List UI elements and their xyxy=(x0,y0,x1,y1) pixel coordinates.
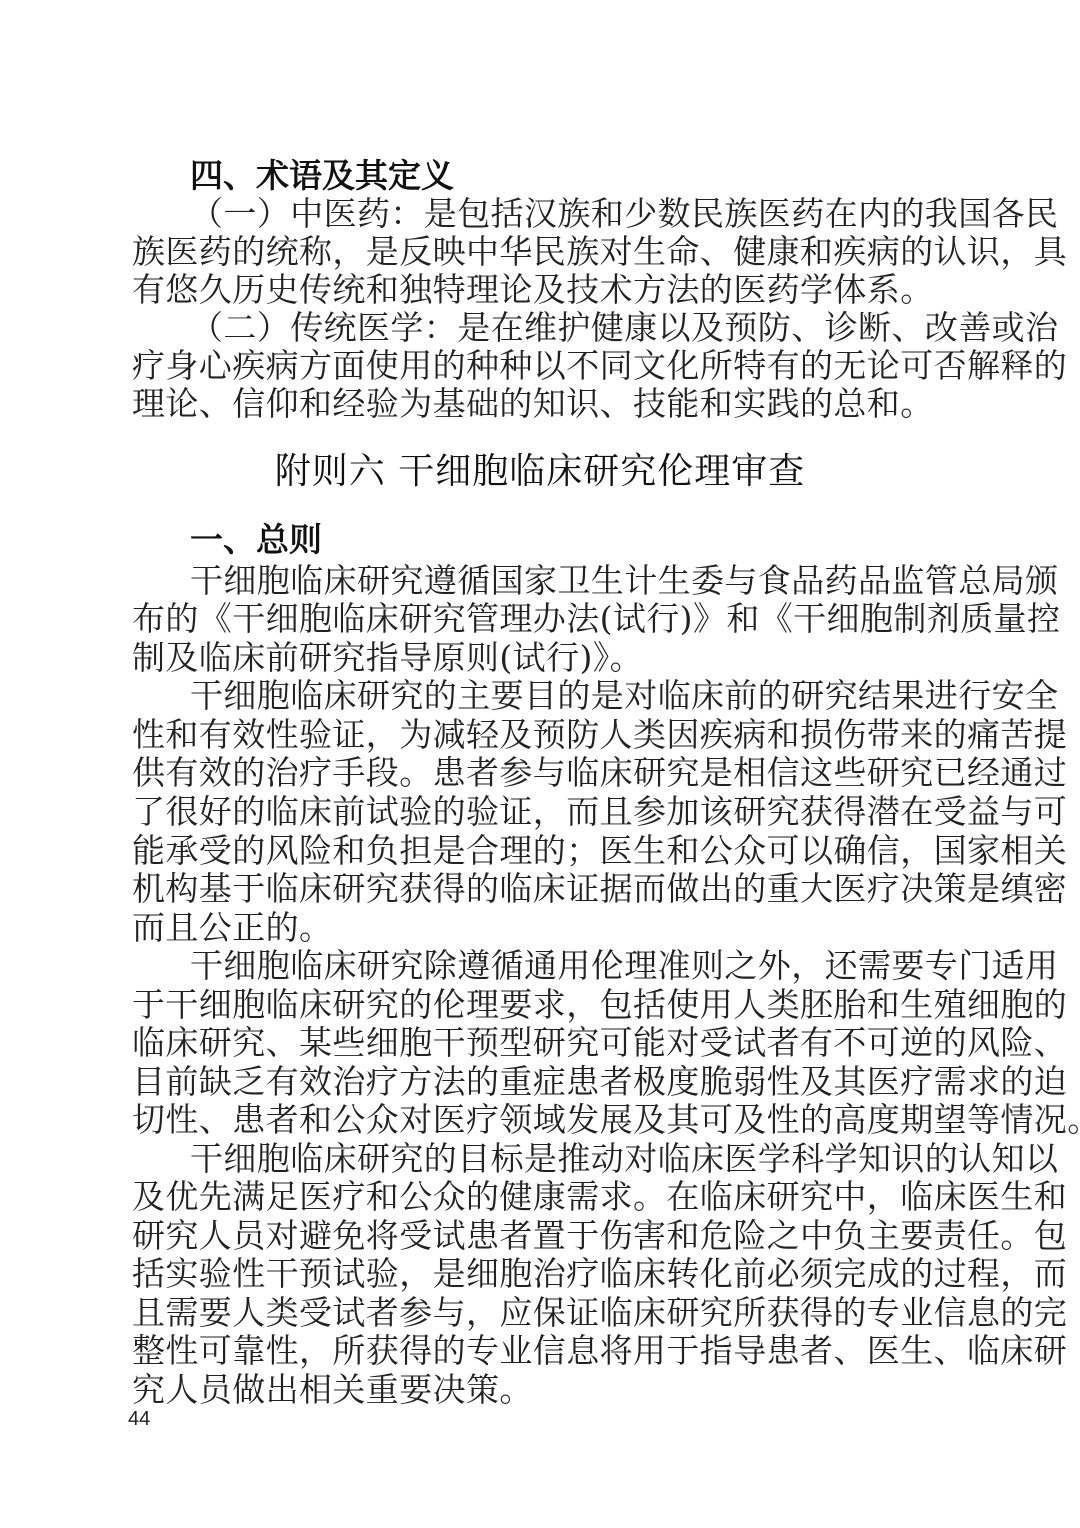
text-line: 有悠久历史传统和独特理论及技术方法的医药学体系。 xyxy=(132,271,952,309)
text-line: 括实验性干预试验，是细胞治疗临床转化前必须完成的过程，而 xyxy=(132,1255,952,1293)
text-line: 切性、患者和公众对医疗领域发展及其可及性的高度期望等情况。 xyxy=(132,1101,952,1139)
text-line: 了很好的临床前试验的验证，而且参加该研究获得潜在受益与可 xyxy=(132,793,952,831)
text-line: 能承受的风险和负担是合理的；医生和公众可以确信，国家相关 xyxy=(132,832,952,870)
text-line: （二）传统医学：是在维护健康以及预防、诊断、改善或治 xyxy=(190,309,950,347)
text-line: 临床研究、某些细胞干预型研究可能对受试者有不可逆的风险、 xyxy=(132,1024,952,1062)
text-line: 究人员做出相关重要决策。 xyxy=(132,1371,952,1409)
section-heading-general: 一、总则 xyxy=(190,521,322,559)
text-line: 整性可靠性，所获得的专业信息将用于指导患者、医生、临床研 xyxy=(132,1332,952,1370)
appendix-title: 附则六 干细胞临床研究伦理审查 xyxy=(0,450,1080,494)
text-line: 于干细胞临床研究的伦理要求，包括使用人类胚胎和生殖细胞的 xyxy=(132,986,952,1024)
text-line: 性和有效性验证，为减轻及预防人类因疾病和损伤带来的痛苦提 xyxy=(132,716,952,754)
text-line: （一）中医药：是包括汉族和少数民族医药在内的我国各民 xyxy=(190,195,950,233)
section-heading-terms: 四、术语及其定义 xyxy=(190,157,454,195)
text-line: 干细胞临床研究遵循国家卫生计生委与食品药品监管总局颁 xyxy=(190,562,950,600)
text-line: 及优先满足医疗和公众的健康需求。在临床研究中，临床医生和 xyxy=(132,1178,952,1216)
page-number: 44 xyxy=(128,1408,150,1431)
text-line: 干细胞临床研究的目标是推动对临床医学科学知识的认知以 xyxy=(190,1140,950,1178)
text-line: 干细胞临床研究的主要目的是对临床前的研究结果进行安全 xyxy=(190,677,950,715)
text-line: 理论、信仰和经验为基础的知识、技能和实践的总和。 xyxy=(132,385,952,423)
document-page: 四、术语及其定义 （一）中医药：是包括汉族和少数民族医药在内的我国各民 族医药的… xyxy=(0,0,1080,1528)
text-line: 目前缺乏有效治疗方法的重症患者极度脆弱性及其医疗需求的迫 xyxy=(132,1063,952,1101)
text-line: 疗身心疾病方面使用的种种以不同文化所特有的无论可否解释的 xyxy=(132,347,952,385)
text-line: 机构基于临床研究获得的临床证据而做出的重大医疗决策是缜密 xyxy=(132,870,952,908)
text-line: 干细胞临床研究除遵循通用伦理准则之外，还需要专门适用 xyxy=(190,947,950,985)
text-line: 且需要人类受试者参与，应保证临床研究所获得的专业信息的完 xyxy=(132,1294,952,1332)
text-line: 族医药的统称，是反映中华民族对生命、健康和疾病的认识，具 xyxy=(132,233,952,271)
text-line: 研究人员对避免将受试患者置于伤害和危险之中负主要责任。包 xyxy=(132,1217,952,1255)
text-line: 制及临床前研究指导原则(试行)》。 xyxy=(132,639,952,677)
text-line: 而且公正的。 xyxy=(132,909,952,947)
text-line: 布的《干细胞临床研究管理办法(试行)》和《干细胞制剂质量控 xyxy=(132,600,952,638)
text-line: 供有效的治疗手段。患者参与临床研究是相信这些研究已经通过 xyxy=(132,754,952,792)
